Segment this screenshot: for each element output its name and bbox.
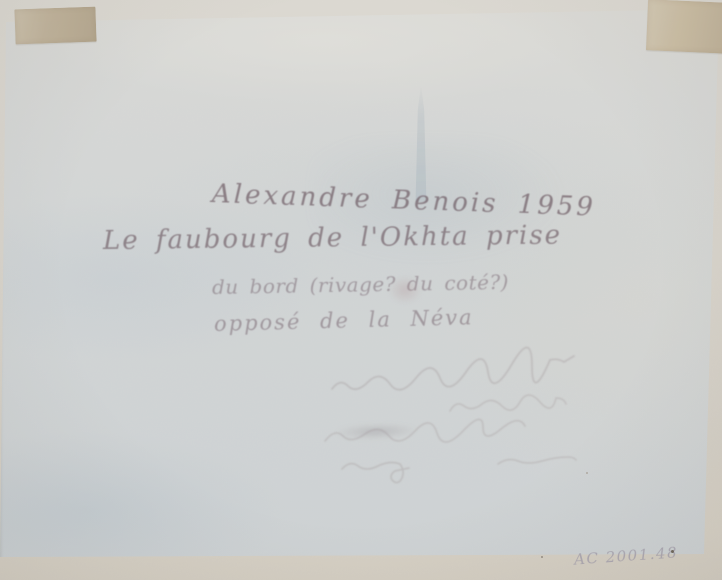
paper-speck xyxy=(541,556,543,558)
erased-line-3 xyxy=(325,419,525,442)
erased-line-4 xyxy=(342,462,409,482)
pencil-smudge xyxy=(336,423,416,441)
inscription-line-4: opposé de la Néva xyxy=(214,305,474,336)
erased-line-1 xyxy=(332,347,574,389)
erased-line-4b xyxy=(498,457,576,464)
erased-line-2 xyxy=(450,395,566,411)
paper-speck xyxy=(671,550,674,553)
inscription-line-3: du bord (rivage? du coté?) xyxy=(212,270,509,299)
paper-speck xyxy=(586,472,588,474)
inscription-line-2: Le faubourg de l'Okhta prise xyxy=(103,220,562,256)
tape-top-left xyxy=(14,7,96,45)
verso-photograph: Alexandre Benois 1959 Le faubourg de l'O… xyxy=(0,0,722,580)
tape-top-right xyxy=(646,0,722,54)
paper-sheet-verso: Alexandre Benois 1959 Le faubourg de l'O… xyxy=(0,0,722,580)
